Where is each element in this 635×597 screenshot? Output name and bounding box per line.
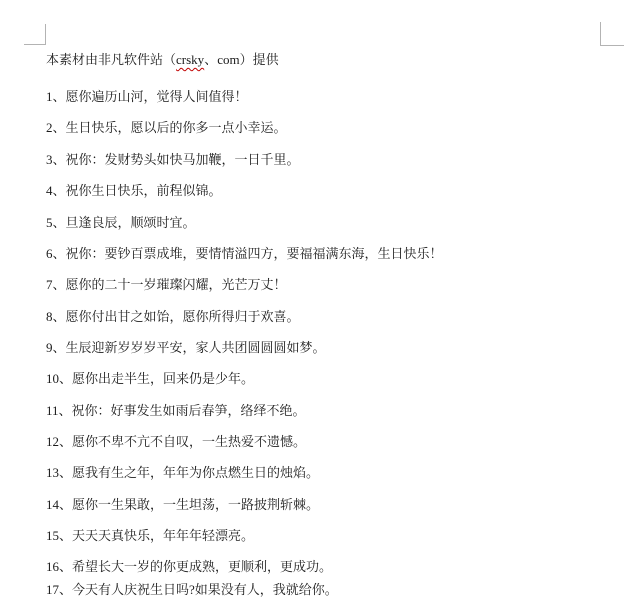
wish-line-17[interactable]: 17、今天有人庆祝生日吗?如果没有人，我就给你。	[46, 583, 338, 597]
wish-line-15[interactable]: 15、天天天真快乐，年年年轻漂亮。	[46, 529, 254, 543]
wish-line-8[interactable]: 8、愿你付出甘之如饴，愿你所得归于欢喜。	[46, 310, 300, 324]
wish-line-13[interactable]: 13、愿我有生之年，年年为你点燃生日的烛焰。	[46, 466, 319, 480]
wish-line-12[interactable]: 12、愿你不卑不亢不自叹，一生热爱不遗憾。	[46, 435, 306, 449]
wish-line-5[interactable]: 5、旦逢良辰，顺颂时宜。	[46, 216, 196, 230]
source-credit-line[interactable]: 本素材由非凡软件站（crsky、com）提供	[46, 53, 279, 67]
wish-line-7[interactable]: 7、愿你的二十一岁璀璨闪耀，光芒万丈！	[46, 278, 287, 292]
wish-line-16[interactable]: 16、希望长大一岁的你更成熟，更顺利，更成功。	[46, 560, 332, 574]
credit-suffix-text: 、com）提供	[204, 52, 278, 67]
misspelled-word: crsky	[176, 52, 204, 67]
margin-corner-mark-top-right	[600, 22, 624, 46]
wish-line-1[interactable]: 1、愿你遍历山河，觉得人间值得！	[46, 90, 248, 104]
margin-corner-mark-top-left	[24, 24, 46, 45]
credit-prefix-text: 本素材由非凡软件站（	[46, 52, 176, 67]
wish-line-4[interactable]: 4、祝你生日快乐，前程似锦。	[46, 184, 222, 198]
wish-line-6[interactable]: 6、祝你：要钞百票成堆，要情情溢四方，要福福满东海，生日快乐！	[46, 247, 443, 261]
wish-line-2[interactable]: 2、生日快乐，愿以后的你多一点小幸运。	[46, 121, 287, 135]
wish-line-11[interactable]: 11、祝你：好事发生如雨后春笋，络绎不绝。	[46, 404, 306, 418]
wish-line-9[interactable]: 9、生辰迎新岁岁岁平安，家人共团圆圆圆如梦。	[46, 341, 326, 355]
wish-line-14[interactable]: 14、愿你一生果敢，一生坦荡，一路披荆斩棘。	[46, 498, 319, 512]
wish-line-10[interactable]: 10、愿你出走半生，回来仍是少年。	[46, 372, 254, 386]
document-page[interactable]: 本素材由非凡软件站（crsky、com）提供 1、愿你遍历山河，觉得人间值得！ …	[0, 0, 635, 597]
wish-line-3[interactable]: 3、祝你：发财势头如快马加鞭，一日千里。	[46, 153, 300, 167]
